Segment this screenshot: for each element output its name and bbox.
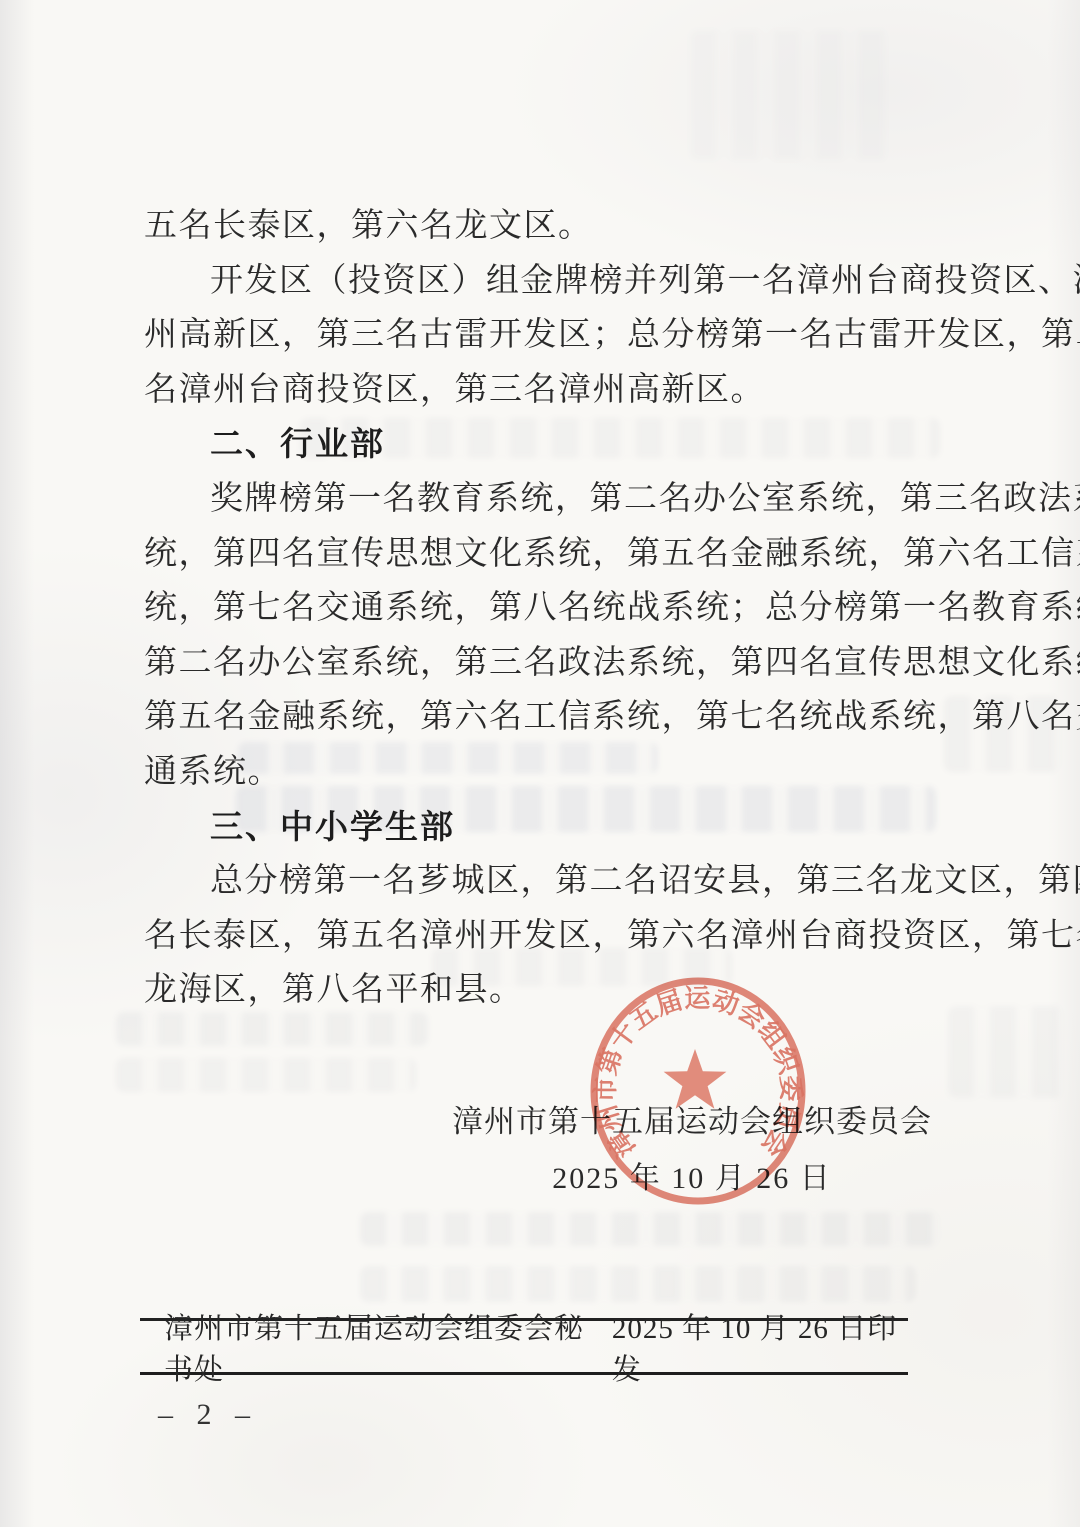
- bleed-through-artifact: [360, 1212, 940, 1246]
- text-line: 统，第四名宣传思想文化系统，第五名金融系统，第六名工信系: [144, 527, 944, 582]
- text-line: 开发区（投资区）组金牌榜并列第一名漳州台商投资区、漳: [144, 254, 944, 309]
- document-page: 五名长泰区，第六名龙文区。 开发区（投资区）组金牌榜并列第一名漳州台商投资区、漳…: [0, 0, 1080, 1527]
- bleed-through-artifact: [948, 1006, 1064, 1098]
- text-line: 统，第七名交通系统，第八名统战系统；总分榜第一名教育系统，: [144, 581, 944, 636]
- text-line: 五名长泰区，第六名龙文区。: [144, 199, 944, 254]
- body-text: 五名长泰区，第六名龙文区。 开发区（投资区）组金牌榜并列第一名漳州台商投资区、漳…: [144, 199, 944, 1018]
- text-line: 第二名办公室系统，第三名政法系统，第四名宣传思想文化系统，: [144, 636, 944, 691]
- text-line: 龙海区，第八名平和县。: [144, 963, 944, 1018]
- signature-date: 2025 年 10 月 26 日: [392, 1159, 992, 1199]
- text-line: 三、中小学生部: [144, 800, 944, 855]
- text-line: 第五名金融系统，第六名工信系统，第七名统战系统，第八名交: [144, 690, 944, 745]
- text-line: 通系统。: [144, 745, 944, 800]
- seal-star-icon: [664, 1049, 727, 1109]
- footer-print-date: 2025 年 10 月 26 日印发: [612, 1306, 906, 1388]
- footer: 漳州市第十五届运动会组委会秘书处 2025 年 10 月 26 日印发: [140, 1318, 908, 1375]
- text-line: 名长泰区，第五名漳州开发区，第六名漳州台商投资区，第七名: [144, 909, 944, 964]
- footer-issuing-office: 漳州市第十五届运动会组委会秘书处: [164, 1306, 612, 1388]
- page-number: – 2 –: [158, 1398, 258, 1432]
- text-line: 州高新区，第三名古雷开发区；总分榜第一名古雷开发区，第二: [144, 308, 944, 363]
- text-line: 名漳州台商投资区，第三名漳州高新区。: [144, 363, 944, 418]
- bleed-through-artifact: [360, 1266, 916, 1302]
- bleed-through-artifact: [116, 1058, 416, 1092]
- bleed-through-artifact: [690, 30, 890, 160]
- signing-org-name: 漳州市第十五届运动会组织委员会: [392, 1102, 992, 1142]
- signature-block: 漳州市第十五届运动会组织委员会 2025 年 10 月 26 日: [392, 1102, 992, 1199]
- text-line: 二、行业部: [144, 417, 944, 472]
- text-line: 奖牌榜第一名教育系统，第二名办公室系统，第三名政法系: [144, 472, 944, 527]
- text-line: 总分榜第一名芗城区，第二名诏安县，第三名龙文区，第四: [144, 854, 944, 909]
